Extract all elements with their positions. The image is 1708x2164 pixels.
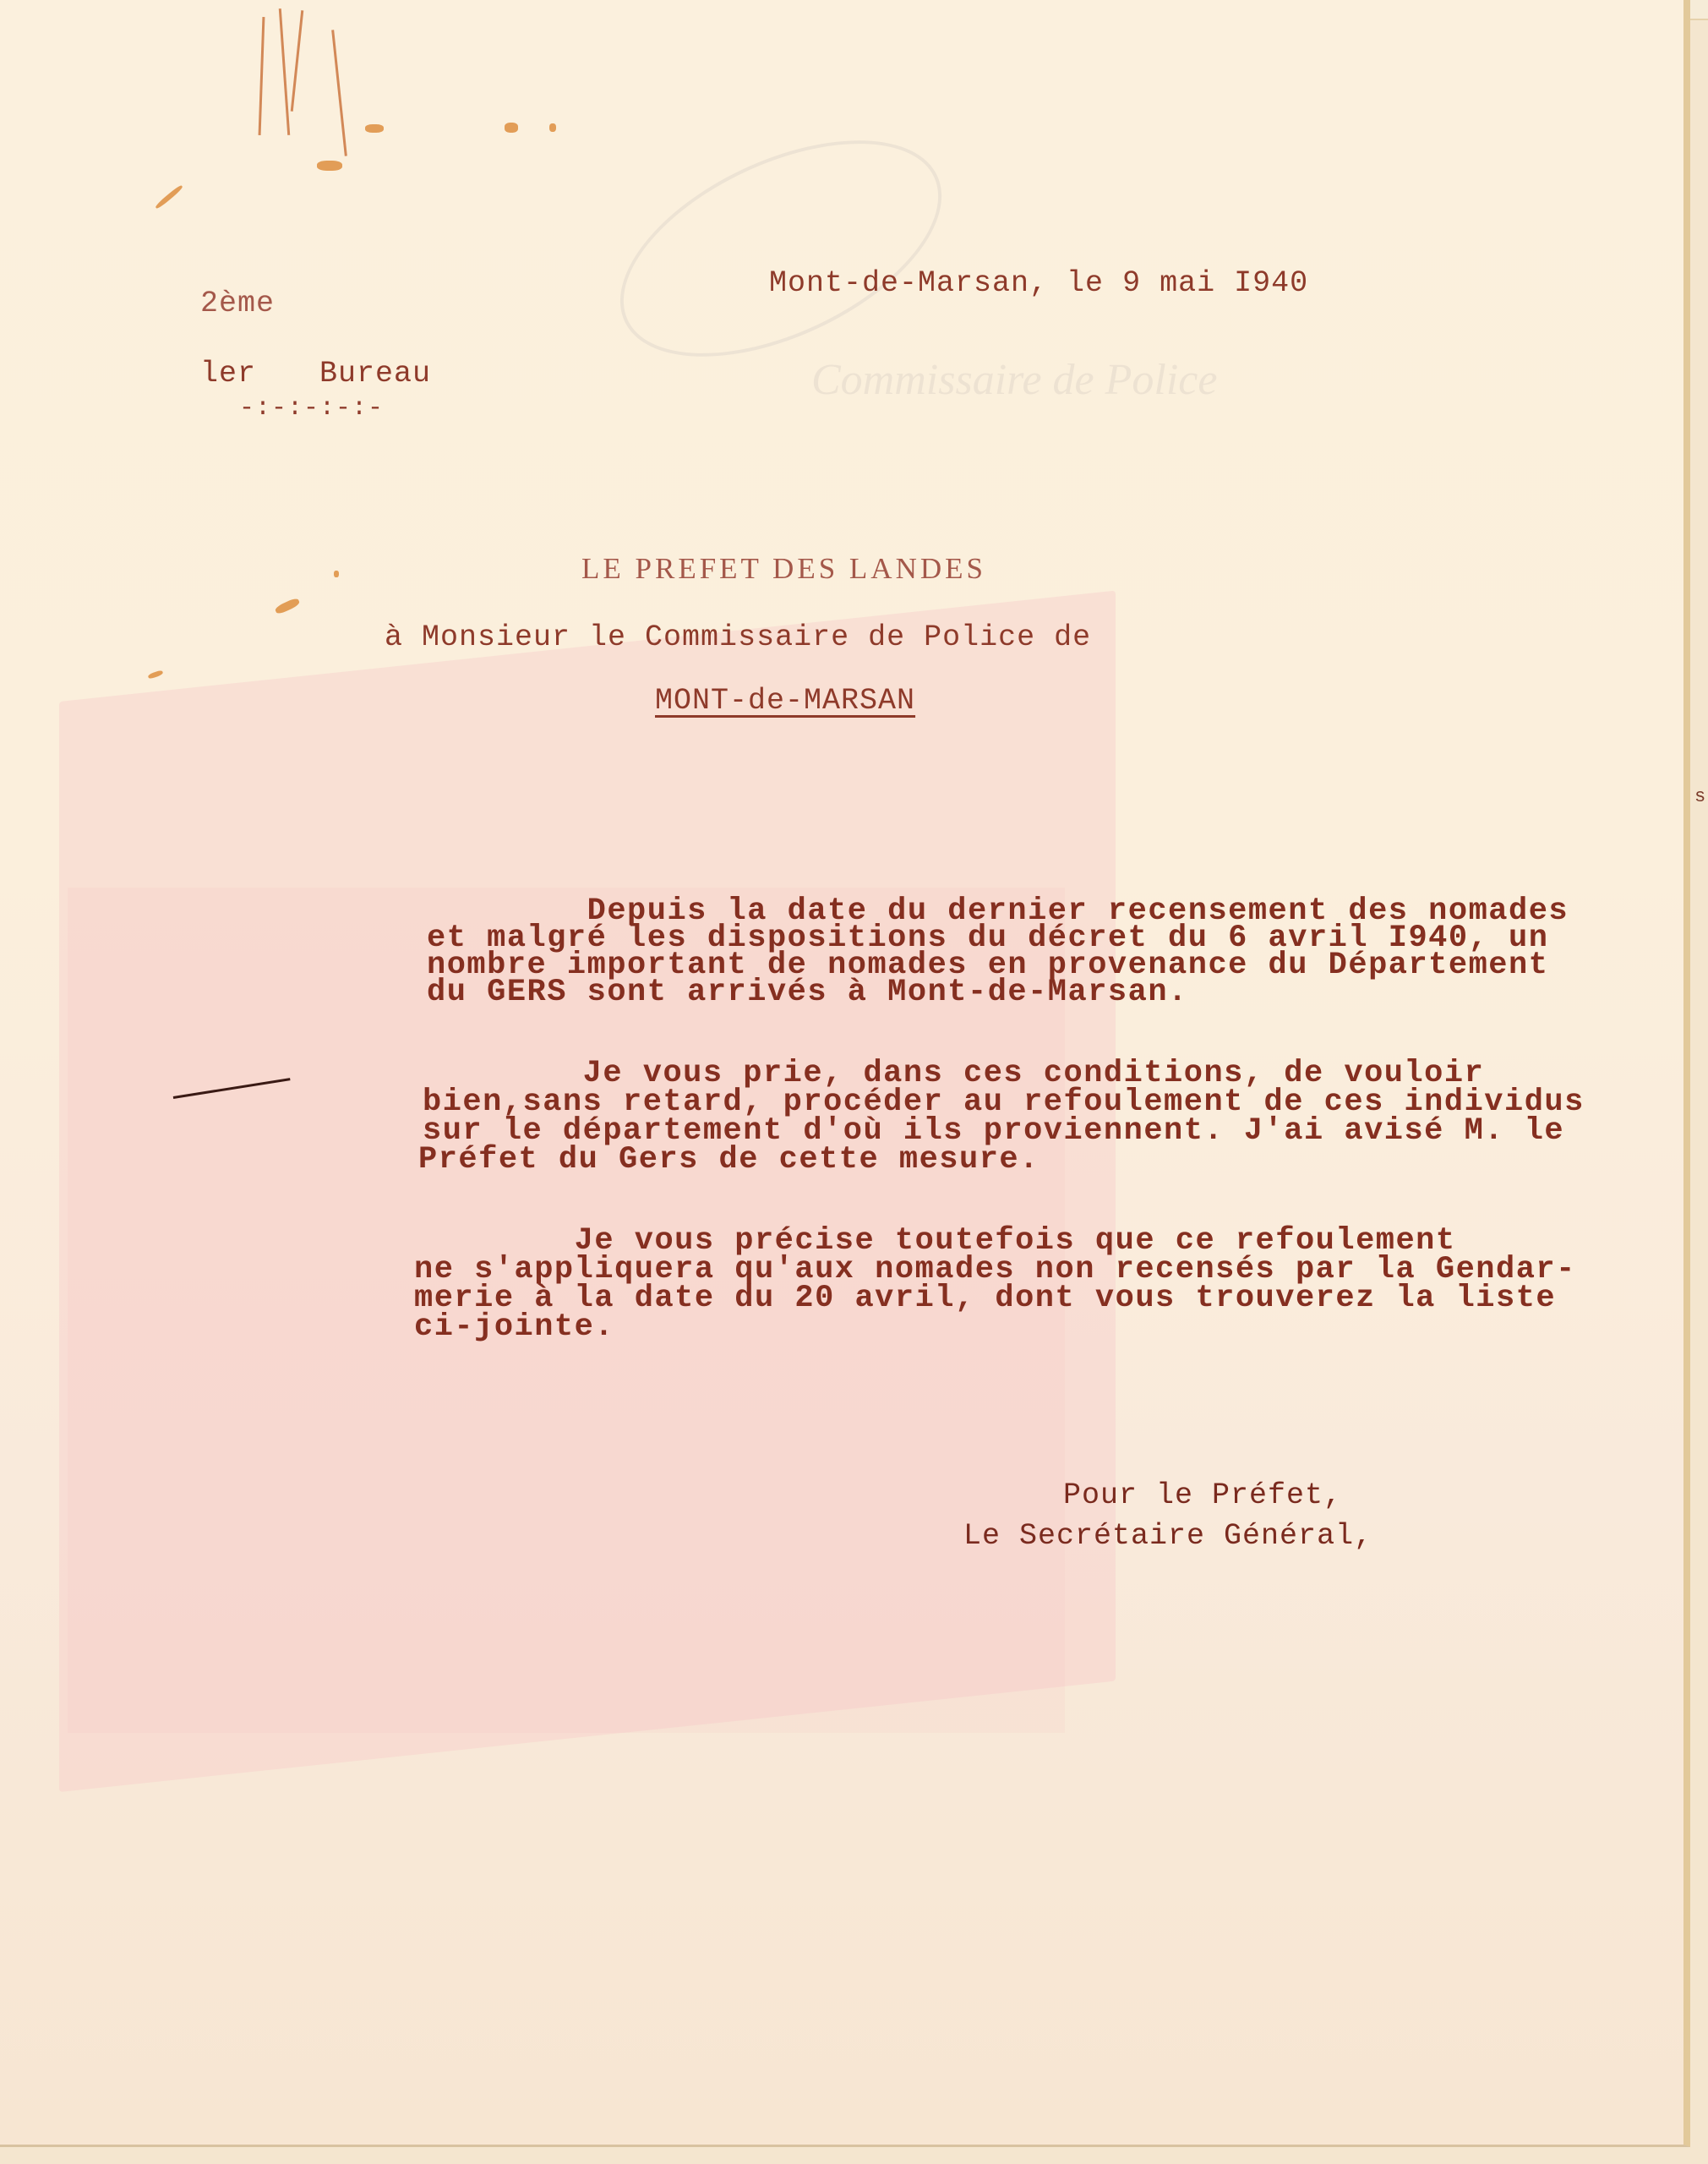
bureau-prefix: ler bbox=[200, 359, 256, 389]
rust-stain bbox=[505, 123, 518, 133]
recipient-line: à Monsieur le Commissaire de Police de bbox=[385, 623, 1091, 653]
rust-stain bbox=[334, 571, 339, 577]
bleed-through-text: Commissaire de Police bbox=[811, 355, 1217, 405]
place-date: Mont-de-Marsan, le 9 mai I940 bbox=[769, 269, 1308, 298]
rust-stain bbox=[317, 161, 342, 171]
signature-line-2: Le Secrétaire Général, bbox=[963, 1522, 1372, 1551]
body-line: ci-jointe. bbox=[414, 1312, 614, 1343]
signature-line-1: Pour le Préfet, bbox=[1063, 1481, 1342, 1511]
rust-stain bbox=[274, 597, 300, 615]
body-line: du GERS sont arrivés à Mont-de-Marsan. bbox=[427, 977, 1188, 1008]
rust-stain bbox=[549, 123, 556, 132]
rust-stain bbox=[279, 8, 290, 135]
header-separator: -:-:-:-:- bbox=[239, 396, 384, 421]
rust-stain bbox=[148, 669, 164, 680]
recipient-city: MONT-de-MARSAN bbox=[655, 686, 915, 716]
division-label: 2ème bbox=[200, 289, 275, 319]
rust-stain bbox=[291, 10, 304, 112]
underlying-sheet-edge-text: s bbox=[1694, 786, 1705, 807]
rust-stain bbox=[155, 184, 183, 210]
sender-title: LE PREFET DES LANDES bbox=[581, 554, 986, 583]
rust-stain bbox=[365, 124, 384, 133]
body-line: Préfet du Gers de cette mesure. bbox=[418, 1145, 1040, 1176]
letter-page: Commissaire de Police 2ème ler Bureau -:… bbox=[0, 0, 1690, 2147]
rust-stain bbox=[331, 30, 347, 156]
bureau-label: Bureau bbox=[319, 359, 431, 389]
rust-stain bbox=[259, 17, 265, 135]
